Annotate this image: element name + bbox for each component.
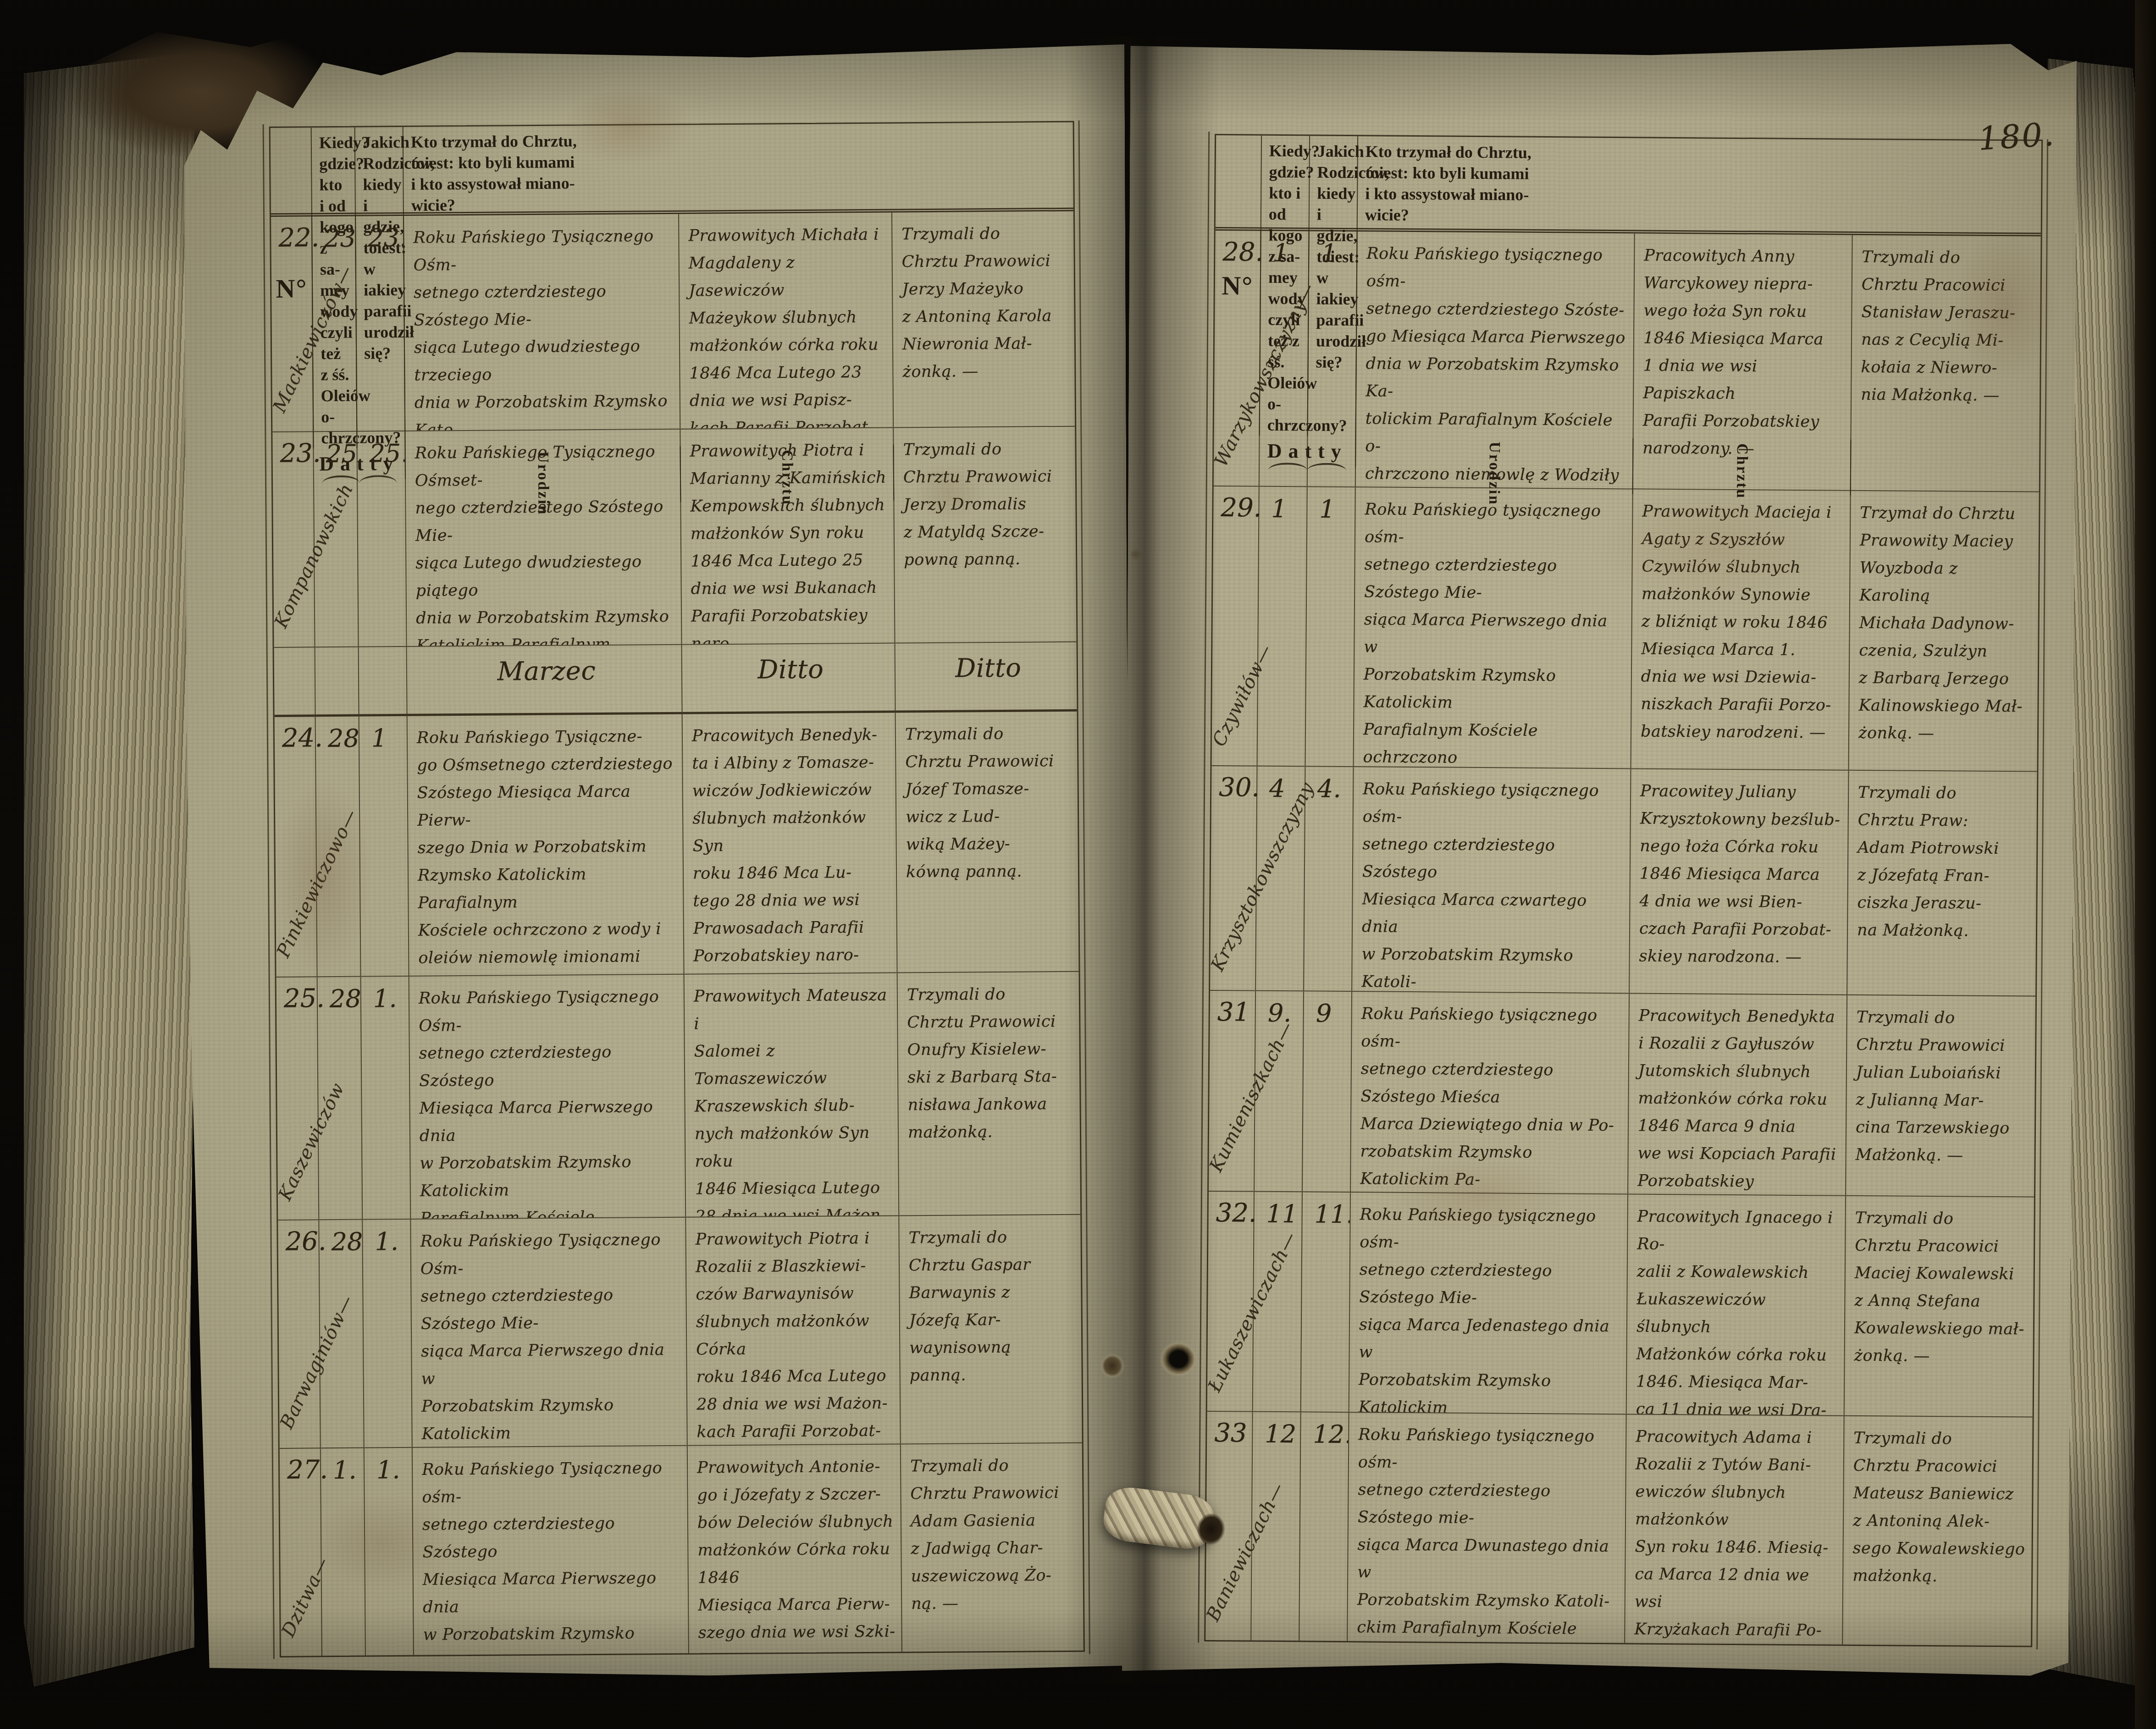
right-page: 180. N° Datty Urodzin Chrztu Kiedy? gdzi… bbox=[1122, 36, 2077, 1683]
parents-record-text: Prawowitych Michała i Magdaleny z Jasewi… bbox=[679, 213, 894, 429]
birth-date: 23 bbox=[312, 216, 357, 431]
godparents-record-text: Trzymali do Chrztu Pracowici Maciej Kowa… bbox=[1845, 1196, 2034, 1417]
baptism-date: 23. bbox=[356, 216, 405, 431]
entry-number bbox=[274, 647, 315, 654]
godparents-record-text: Trzymali do Chrztu Prawowici Julian Lubo… bbox=[1846, 995, 2035, 1197]
register-row: 25. Kaszewiczów 28. 1. Roku Pańskiego Ty… bbox=[276, 972, 1081, 1221]
entry-number: 33 bbox=[1207, 1412, 1252, 1448]
entry-number-cell bbox=[274, 647, 316, 715]
baptism-record-text: Roku Pańskiego tysiącznego ośm- setnego … bbox=[1351, 992, 1630, 1193]
birth-date: 12 bbox=[1251, 1412, 1301, 1641]
birth-date: 25 bbox=[314, 432, 359, 647]
entry-number: 29. bbox=[1213, 486, 1259, 523]
baptism-record-text: Roku Pańskiego Tysiącznego Ośm- setnego … bbox=[411, 1218, 687, 1447]
right-register-table: N° Datty Urodzin Chrztu Kiedy? gdzie? kt… bbox=[1204, 134, 2043, 1647]
baptism-date: 4. bbox=[1304, 767, 1354, 991]
parents-record-text: Prawowitych Mateusza i Salomei z Tomasze… bbox=[685, 973, 900, 1216]
parents-record-text: Pracowitych Adama i Rozalii z Tytów Bani… bbox=[1625, 1414, 1844, 1644]
register-row: 31 Kumieniszkach— 9. 9 Roku Pańskiego ty… bbox=[1209, 991, 2035, 1198]
register-row: 23. Kompanowskich 25 25. Roku Pańskiego … bbox=[272, 427, 1076, 648]
godparents-record-text: Trzymali do Chrztu Prawowici Onufry Kisi… bbox=[898, 972, 1081, 1215]
entry-number-cell: 32. Łukaszewiczach— bbox=[1207, 1192, 1255, 1411]
right-table-rows: 28. Warzykowszczyzny— 1 1 Roku Pańskiego… bbox=[1205, 231, 2040, 1646]
parents-record-text: Prawowitych Macieja i Agaty z Szyszłów C… bbox=[1631, 489, 1851, 769]
entry-number-cell: 26. Barwaginiów— bbox=[278, 1220, 321, 1448]
entry-number-cell: 22. Mackiewiczów— bbox=[271, 216, 314, 431]
entry-number-cell: 23. Kompanowskich bbox=[272, 432, 315, 647]
godparents-record-text: Trzymali do Chrztu Praw: Adam Piotrowski… bbox=[1847, 771, 2037, 996]
left-table-rows: 22. Mackiewiczów— 23 23. Roku Pańskiego … bbox=[271, 211, 1084, 1656]
baptism-record-text: Marzec bbox=[407, 645, 683, 714]
entry-number-cell: 25. Kaszewiczów bbox=[276, 977, 320, 1220]
baptism-record-text: Roku Pańskiego Tysiącznego ośm- setnego … bbox=[413, 1446, 689, 1655]
baptism-record-text: Roku Pańskiego tysiącznego ośm- setnego … bbox=[1354, 487, 1633, 768]
register-row: 22. Mackiewiczów— 23 23. Roku Pańskiego … bbox=[271, 211, 1075, 432]
worm-hole bbox=[1100, 1353, 1125, 1379]
right-table-header: N° Datty Urodzin Chrztu Kiedy? gdzie? kt… bbox=[1216, 135, 2041, 237]
birth-date: 28 bbox=[316, 717, 361, 977]
entry-number: 28. bbox=[1215, 231, 1260, 267]
entry-number: 32. bbox=[1208, 1192, 1254, 1228]
birth-date: 1 bbox=[1260, 231, 1310, 486]
parents-record-text: Prawowitych Piotra i Marianny z Kamiński… bbox=[680, 428, 895, 644]
register-row: 32. Łukaszewiczach— 11 11. Roku Pańskieg… bbox=[1207, 1192, 2034, 1418]
birth-date: 9. bbox=[1255, 991, 1304, 1192]
birth-date: 28. bbox=[318, 977, 363, 1220]
godparents-record-text: Trzymali do Chrztu Pracowici Mateusz Ban… bbox=[1843, 1416, 2032, 1646]
book-cover-right-edge bbox=[2135, 0, 2156, 1729]
register-row: 24. Pinkiewiczowo— 28 1 Roku Pańskiego T… bbox=[275, 712, 1079, 978]
left-table-header: N° Datty Urodzin Chrztu Kiedy? gdzie? kt… bbox=[271, 122, 1073, 217]
register-row: 28. Warzykowszczyzny— 1 1 Roku Pańskiego… bbox=[1214, 231, 2041, 492]
parents-record-text: Pracowitych Anny Warcykowey niepra- wego… bbox=[1633, 233, 1853, 490]
baptism-date: 1 bbox=[1306, 487, 1356, 766]
parents-record-text: Pracowitey Juliany Krzysztokowny bezślub… bbox=[1630, 769, 1849, 994]
entry-number: 26. bbox=[278, 1220, 319, 1257]
birth-date bbox=[315, 647, 359, 715]
birth-date: 4 bbox=[1256, 767, 1305, 991]
baptism-date: 1. bbox=[365, 1448, 414, 1656]
godparents-record-text: Trzymali do Chrztu Prawowici Adam Gasien… bbox=[901, 1443, 1084, 1652]
birth-date: 1 bbox=[1258, 487, 1308, 766]
godparents-record-text: Ditto bbox=[896, 642, 1077, 711]
left-register-table: N° Datty Urodzin Chrztu Kiedy? gdzie? kt… bbox=[269, 121, 1085, 1657]
birth-date: 11 bbox=[1253, 1192, 1303, 1412]
entry-number: 23. bbox=[272, 432, 313, 469]
parents-record-text: Pracowitych Benedykta i Rozalii z Gayłus… bbox=[1628, 994, 1847, 1195]
baptism-record-text: Roku Pańskiego tysiącznego ośm- setnego … bbox=[1349, 1193, 1628, 1414]
parents-record-text: Pracowitych Ignacego i Ro- zalii z Kowal… bbox=[1627, 1194, 1846, 1415]
page-edge-stack-left bbox=[24, 54, 194, 1686]
baptism-record-text: Roku Pańskiego Tysiącznego Ośmset- nego … bbox=[405, 430, 682, 646]
register-row: 27. Dzitwa— 1. 1. Roku Pańskiego Tysiącz… bbox=[280, 1443, 1084, 1656]
register-row: 29. Czywiłów— 1 1 Roku Pańskiego tysiącz… bbox=[1212, 486, 2039, 772]
entry-number-cell: 31 Kumieniszkach— bbox=[1209, 991, 1256, 1191]
baptism-date: 9 bbox=[1303, 991, 1352, 1192]
parents-record-text: Prawowitych Antonie- go i Józefaty z Szc… bbox=[688, 1444, 902, 1653]
baptism-date bbox=[359, 647, 408, 714]
baptism-record-text: Roku Pańskiego tysiącznego ośm- setnego … bbox=[1352, 767, 1631, 993]
baptism-record-text: Roku Pańskiego Tysiączne- go Ośmsetnego … bbox=[408, 714, 685, 976]
baptism-date: 1 bbox=[1308, 231, 1358, 486]
baptism-record-text: Roku Pańskiego tysiącznego ośm- setnego … bbox=[1348, 1413, 1626, 1643]
parents-record-text: Prawowitych Piotra i Rozalii z Blaszkiew… bbox=[686, 1216, 901, 1445]
left-page: N° Datty Urodzin Chrztu Kiedy? gdzie? kt… bbox=[183, 41, 1132, 1681]
entry-number: 27. bbox=[280, 1448, 321, 1485]
godparents-record-text: Trzymał do Chrztu Prawowity Maciey Woyzb… bbox=[1849, 491, 2039, 771]
birth-date: 1. bbox=[321, 1448, 366, 1656]
open-register-book: N° Datty Urodzin Chrztu Kiedy? gdzie? kt… bbox=[0, 0, 2156, 1729]
baptism-record-text: Roku Pańskiego Tysiącznego Ośm- setnego … bbox=[409, 975, 686, 1219]
godparents-record-text: Trzymali do Chrztu Prawowici Józef Tomas… bbox=[896, 712, 1079, 972]
baptism-date: 11. bbox=[1301, 1192, 1351, 1412]
baptism-record-text: Roku Pańskiego Tysiącznego Ośm- setnego … bbox=[404, 214, 680, 431]
godparents-record-text: Trzymali do Chrztu Pracowici Stanisław J… bbox=[1851, 235, 2041, 492]
entry-number-cell: 30. Krzysztokowszczyzny bbox=[1210, 766, 1257, 990]
parents-record-text: Pracowitych Benedyk- ta i Albiny z Tomas… bbox=[683, 713, 898, 973]
entry-number-cell: 27. Dzitwa— bbox=[280, 1448, 322, 1656]
register-row: 30. Krzysztokowszczyzny 4 4. Roku Pański… bbox=[1210, 766, 2037, 997]
register-row: Marzec Ditto Ditto bbox=[274, 642, 1077, 717]
entry-number-cell: 24. Pinkiewiczowo— bbox=[275, 717, 318, 977]
entry-number: 30. bbox=[1211, 766, 1257, 803]
entry-number-cell: 29. Czywiłów— bbox=[1212, 486, 1260, 766]
baptism-date: 1. bbox=[361, 977, 411, 1219]
baptism-date: 1 bbox=[359, 716, 409, 976]
register-row: 33 Baniewiczach— 12 12. Roku Pańskiego t… bbox=[1205, 1412, 2032, 1646]
entry-number: 31 bbox=[1210, 991, 1255, 1027]
godparents-record-text: Trzymali do Chrztu Prawowici Jerzy Droma… bbox=[894, 427, 1076, 643]
parents-record-text: Ditto bbox=[682, 643, 896, 712]
entry-number: 24. bbox=[275, 717, 315, 753]
entry-number: 22. bbox=[271, 216, 312, 253]
register-row: 26. Barwaginiów— 28. 1. Roku Pańskiego T… bbox=[278, 1215, 1082, 1449]
godparents-record-text: Trzymali do Chrztu Prawowici Jerzy Mażey… bbox=[892, 211, 1075, 427]
worm-hole bbox=[1129, 548, 1143, 560]
birth-date: 28. bbox=[319, 1220, 364, 1448]
baptism-date: 12. bbox=[1299, 1412, 1349, 1641]
godparents-record-text: Trzymali do Chrztu Gaspar Barwaynis z Jó… bbox=[899, 1215, 1082, 1444]
worm-hole bbox=[1159, 1341, 1198, 1377]
baptism-date: 25. bbox=[357, 431, 407, 646]
entry-number: 25. bbox=[276, 977, 317, 1014]
baptism-date: 1. bbox=[363, 1220, 412, 1447]
entry-number-cell: 28. Warzykowszczyzny— bbox=[1214, 231, 1261, 486]
baptism-record-text: Roku Pańskiego tysiącznego ośm- setnego … bbox=[1356, 232, 1635, 488]
